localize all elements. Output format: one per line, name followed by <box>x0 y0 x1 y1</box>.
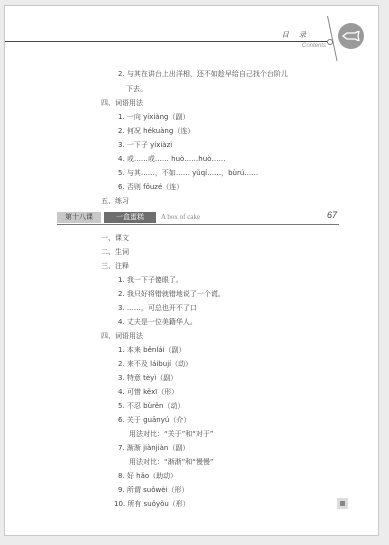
usage-item: 9. 所谓 suǒwèi（形） <box>118 485 188 495</box>
section-title: 五、练习 <box>101 196 129 206</box>
section-title: 三、注释 <box>101 261 129 271</box>
continued-item-line2: 下去。 <box>126 84 147 94</box>
usage-item: 7. 渐渐 jiànjiàn（副） <box>118 443 189 453</box>
fish-logo-icon <box>338 23 364 49</box>
note-item: 2. 我只好将错就错地说了一个谎。 <box>118 289 225 299</box>
usage-item: 1. 本来 běnlái（副） <box>118 345 186 355</box>
list-item: 2. 何况 hékuàng（连） <box>118 126 194 136</box>
list-item: 1. 一向 yíxiàng（副） <box>118 112 189 122</box>
lesson-title-cn: 一盒蛋糕 <box>104 212 156 223</box>
page-marker <box>337 498 348 509</box>
note-item: 1. 我一下子傻眼了。 <box>118 275 183 285</box>
usage-item: 8. 好 hǎo（助动） <box>118 471 177 481</box>
header-dot <box>327 39 333 45</box>
usage-item: 2. 来不及 láibují（动） <box>118 359 192 369</box>
section-title: 二、生词 <box>101 247 129 257</box>
list-item: 6. 否则 fǒuzé（连） <box>118 182 183 192</box>
section-title: 四、词语用法 <box>101 331 143 341</box>
lesson-title-en: A box of cake <box>161 212 200 223</box>
usage-comparison: 用法对比：“关于”和“对于” <box>129 429 214 439</box>
usage-item: 10. 所有 suǒyǒu（形） <box>114 499 190 509</box>
note-item: 4. 丈夫是一位美籍华人。 <box>118 317 197 327</box>
usage-item: 5. 不忍 bùrěn（动） <box>118 401 184 411</box>
usage-item: 6. 关于 guānyú（介） <box>118 415 190 425</box>
lesson-number: 第十八课 <box>57 212 101 223</box>
list-item: 3. 一下子 yíxiàzi <box>118 140 172 150</box>
section-title: 四、词语用法 <box>101 98 143 108</box>
lesson-page-number: 67 <box>327 210 337 220</box>
lesson-header-bar: 第十八课 一盒蛋糕 A box of cake 67 <box>57 211 339 225</box>
usage-item: 3. 特意 tèyì（副） <box>118 373 177 383</box>
list-item: 4. 或……或…… huò……huò…… <box>118 154 225 164</box>
list-item: 5. 与其……，不如…… yǔqí……，bùrú…… <box>118 168 258 178</box>
header-rule <box>5 41 327 42</box>
document-page: 目 录 Contents 2. 与其在讲台上出洋相，还不如趁早给自己找个台阶儿 … <box>4 5 379 536</box>
header-title-en: Contents <box>302 43 326 49</box>
header-title-cn: 目 录 <box>282 30 310 40</box>
note-item: 3. ……，可总也开不了口 <box>118 303 197 313</box>
section-title: 一、课文 <box>101 233 129 243</box>
usage-item: 4. 可惜 kěxī（形） <box>118 387 178 397</box>
continued-item-line1: 2. 与其在讲台上出洋相，还不如趁早给自己找个台阶儿 <box>118 69 288 79</box>
usage-comparison: 用法对比：“渐渐”和“慢慢” <box>129 457 214 467</box>
